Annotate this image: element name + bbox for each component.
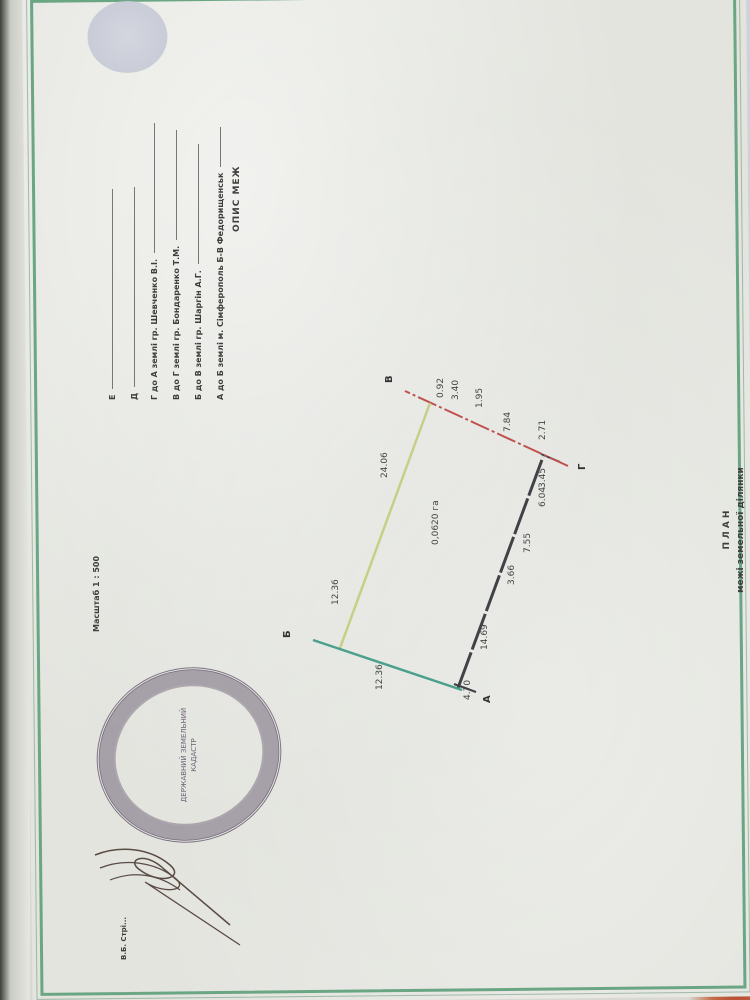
svg-text:12.36: 12.36	[331, 579, 341, 605]
vertex-v: В	[384, 375, 395, 383]
legend-row: В до Г землі гр. Бондаренко Т.М.	[172, 130, 181, 400]
svg-text:3.40: 3.40	[451, 380, 461, 400]
signature-icon	[90, 840, 280, 950]
vertex-b: Б	[282, 630, 293, 638]
svg-text:0.92: 0.92	[436, 378, 446, 398]
svg-text:6.04: 6.04	[538, 487, 548, 507]
svg-text:4.70: 4.70	[463, 680, 473, 700]
svg-text:2.71: 2.71	[538, 420, 548, 440]
legend-row: А до Б землі м. Сімферополь Б-В Федорище…	[216, 127, 225, 400]
legend-row: Е	[108, 189, 117, 400]
svg-text:1.95: 1.95	[475, 388, 485, 408]
scale-label: Масштаб 1 : 500	[92, 556, 101, 632]
svg-text:12.36: 12.36	[375, 664, 385, 690]
plot-area: 0,0620 га	[431, 500, 441, 545]
svg-text:7.84: 7.84	[503, 412, 513, 432]
svg-text:3.66: 3.66	[507, 565, 517, 585]
seal-text: ДЕРЖАВНИЙ ЗЕМЕЛЬНИЙ КАДАСТР	[179, 700, 199, 810]
svg-text:7.55: 7.55	[523, 533, 533, 553]
legend-row: Б до В землі гр. Шаргін А.Г.	[194, 144, 203, 400]
boundary-a-g	[458, 457, 543, 688]
vertex-a: А	[482, 695, 493, 703]
legend-row: Г до А землі гр. Шевченко В.І.	[150, 123, 159, 400]
signer-name: В.Б. Стрі...	[120, 917, 128, 960]
legend-title: ОПИС МЕЖ	[232, 165, 242, 232]
svg-text:3.45: 3.45	[538, 468, 548, 488]
svg-text:24.06: 24.06	[380, 452, 390, 478]
boundary-b-a	[313, 640, 462, 690]
legend-row: Д	[130, 187, 139, 400]
svg-text:14.69: 14.69	[480, 624, 490, 650]
vertex-g: Г	[577, 463, 588, 470]
boundary-v-b	[340, 403, 430, 648]
